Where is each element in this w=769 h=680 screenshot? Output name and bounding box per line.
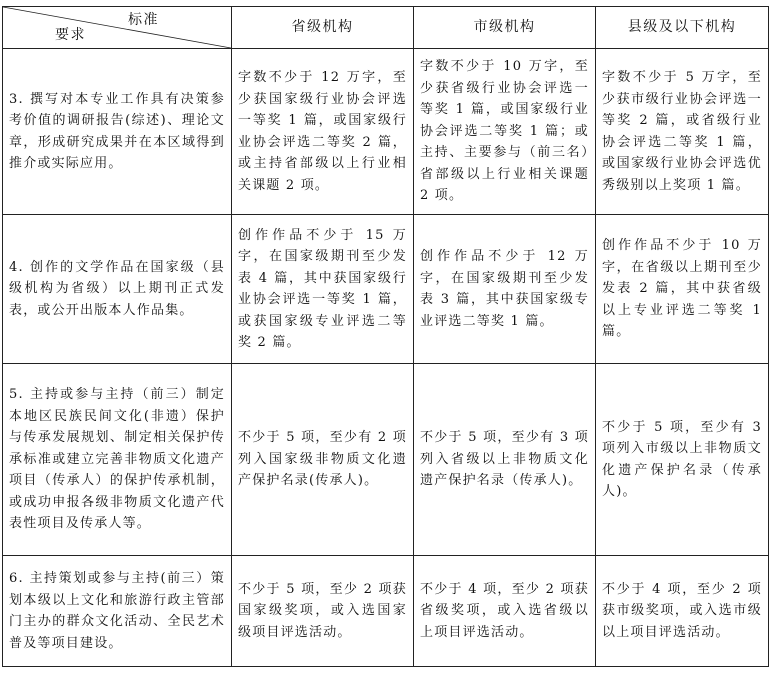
diagonal-divider-line: [3, 7, 231, 48]
provincial-cell: 不少于 5 项，至少 2 项获国家级奖项，或入选国家级项目评选活动。: [232, 556, 414, 667]
requirement-cell: 4. 创作的文学作品在国家级（县级机构为省级）以上期刊正式发表，或公开出版本人作…: [3, 215, 232, 364]
header-county: 县级及以下机构: [596, 7, 769, 49]
standards-table: 标准 要求 省级机构 市级机构 县级及以下机构 3. 撰写对本专业工作具有决策参…: [2, 6, 769, 667]
provincial-cell: 字数不少于 12 万字，至少获国家级行业协会评选一等奖 1 篇，或国家级行业协会…: [232, 49, 414, 215]
table-row: 3. 撰写对本专业工作具有决策参考价值的调研报告(综述)、理论文章，形成研究成果…: [3, 49, 769, 215]
county-cell: 字数不少于 5 万字，至少获市级行业协会评选一等奖 2 篇，或省级行业协会评选二…: [596, 49, 769, 215]
header-row: 标准 要求 省级机构 市级机构 县级及以下机构: [3, 7, 769, 49]
table-row: 4. 创作的文学作品在国家级（县级机构为省级）以上期刊正式发表，或公开出版本人作…: [3, 215, 769, 364]
table-row: 5. 主持或参与主持（前三）制定本地区民族民间文化(非遗）保护与传承发展规划、制…: [3, 364, 769, 556]
municipal-cell: 不少于 5 项，至少有 3 项列入省级以上非物质文化遗产保护名录（传承人)。: [414, 364, 596, 556]
municipal-cell: 字数不少于 10 万字，至少获省级行业协会评选一等奖 1 篇，或国家级行业协会评…: [414, 49, 596, 215]
requirement-cell: 3. 撰写对本专业工作具有决策参考价值的调研报告(综述)、理论文章，形成研究成果…: [3, 49, 232, 215]
county-cell: 不少于 5 项，至少有 3 项列入市级以上非物质文化遗产保护名录（传承人)。: [596, 364, 769, 556]
diagonal-header-cell: 标准 要求: [3, 7, 232, 49]
county-cell: 不少于 4 项，至少 2 项获市级奖项，或入选市级以上项目评选活动。: [596, 556, 769, 667]
requirement-cell: 6. 主持策划或参与主持(前三）策划本级以上文化和旅游行政主管部门主办的群众文化…: [3, 556, 232, 667]
provincial-cell: 不少于 5 项，至少有 2 项列入国家级非物质文化遗产保护名录(传承人)。: [232, 364, 414, 556]
municipal-cell: 不少于 4 项，至少 2 项获省级奖项，或入选省级以上项目评选活动。: [414, 556, 596, 667]
header-municipal: 市级机构: [414, 7, 596, 49]
provincial-cell: 创作作品不少于 15 万字，在国家级期刊至少发表 4 篇，其中获国家级行业协会评…: [232, 215, 414, 364]
requirement-cell: 5. 主持或参与主持（前三）制定本地区民族民间文化(非遗）保护与传承发展规划、制…: [3, 364, 232, 556]
header-requirement-label: 要求: [55, 25, 86, 47]
header-provincial: 省级机构: [232, 7, 414, 49]
municipal-cell: 创作作品不少于 12 万字，在国家级期刊至少发表 3 篇，其中获国家级专业评选二…: [414, 215, 596, 364]
table-row: 6. 主持策划或参与主持(前三）策划本级以上文化和旅游行政主管部门主办的群众文化…: [3, 556, 769, 667]
header-standard-label: 标准: [128, 10, 159, 32]
county-cell: 创作作品不少于 10 万字，在省级以上期刊至少发表 2 篇，其中获省级以上专业评…: [596, 215, 769, 364]
